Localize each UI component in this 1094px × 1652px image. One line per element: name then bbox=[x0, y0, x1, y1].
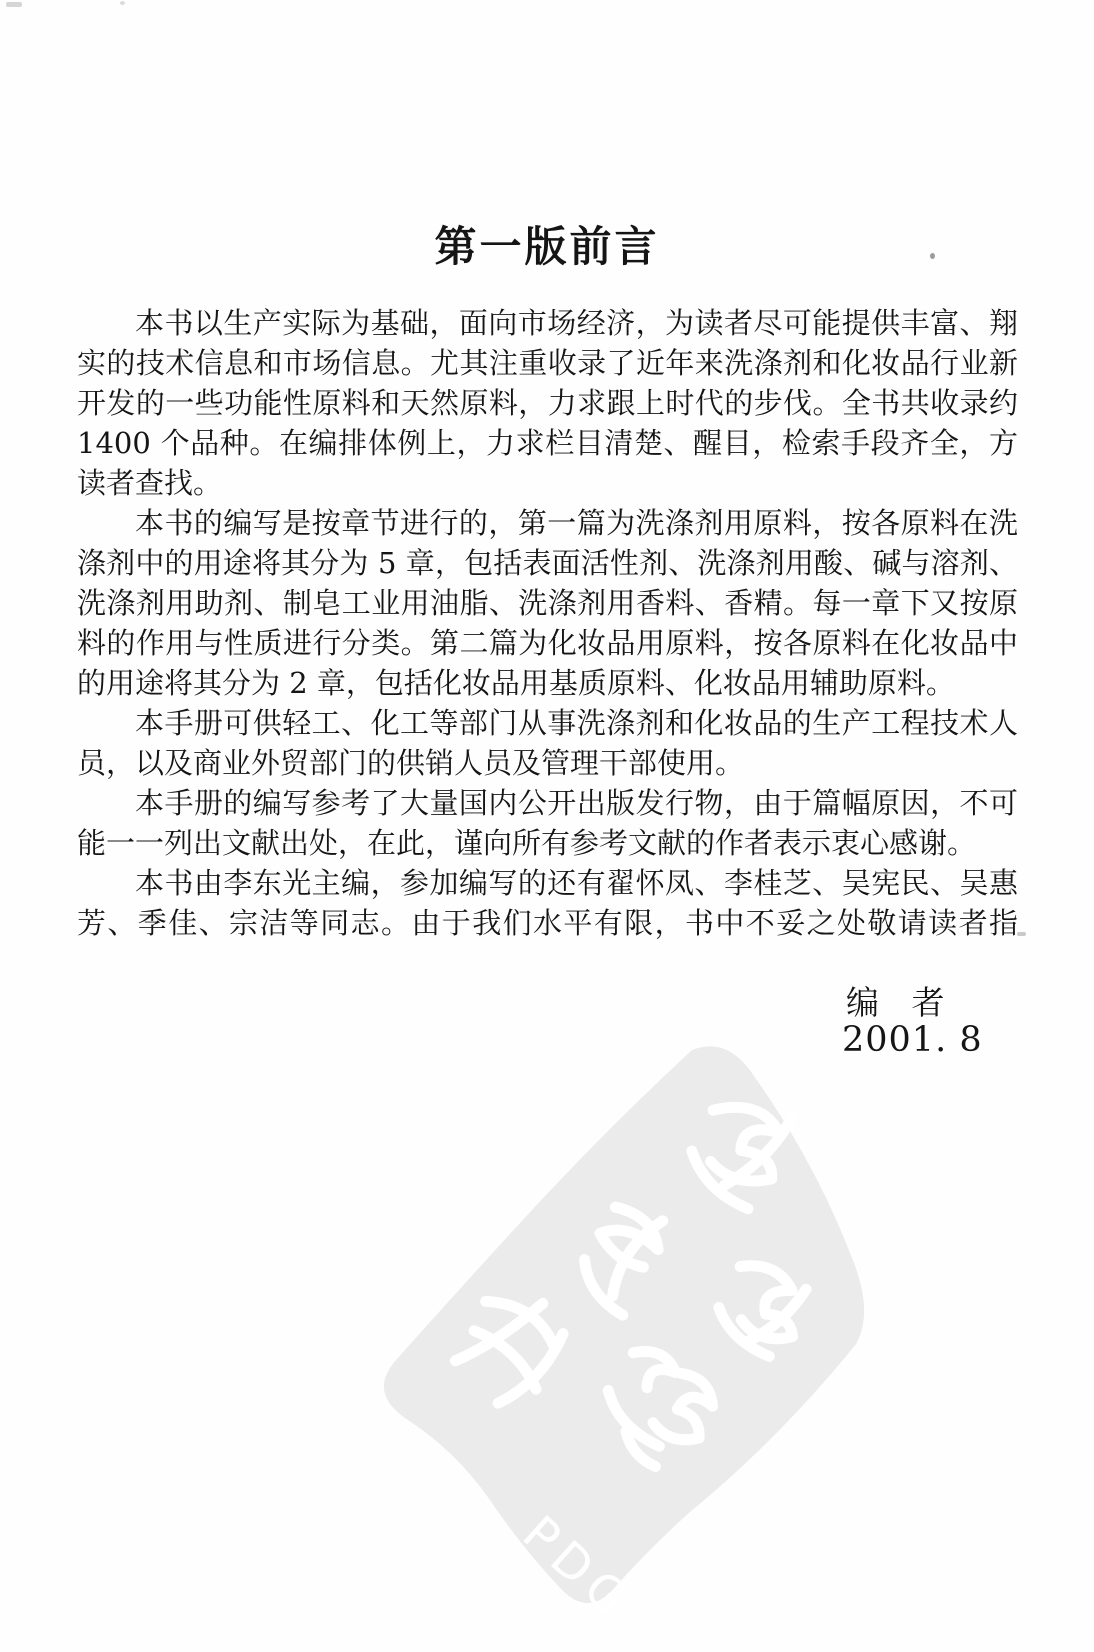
scan-speck bbox=[120, 1, 125, 5]
body-line: 员，以及商业外贸部门的供销人员及管理干部使用。 bbox=[77, 743, 1018, 783]
body-line: 料的作用与性质进行分类。第二篇为化妆品用原料，按各原料在化妆品中 bbox=[77, 623, 1018, 663]
scan-speck bbox=[6, 2, 22, 7]
body-line: 本书以生产实际为基础，面向市场经济，为读者尽可能提供丰富、翔 bbox=[77, 303, 1018, 343]
page-title: 第一版前言 bbox=[0, 214, 1094, 274]
body-line: 本手册的编写参考了大量国内公开出版发行物，由于篇幅原因，不可 bbox=[77, 783, 1018, 823]
editor-signature: 编 者 bbox=[846, 977, 945, 1024]
body-line: 实的技术信息和市场信息。尤其注重收录了近年来洗涤剂和化妆品行业新 bbox=[77, 343, 1018, 383]
body-line: 能一一列出文献出处，在此，谨向所有参考文献的作者表示衷心感谢。 bbox=[77, 823, 1018, 863]
preface-body: 本书以生产实际为基础，面向市场经济，为读者尽可能提供丰富、翔 实的技术信息和市场… bbox=[77, 303, 1018, 943]
body-line: 的用途将其分为 2 章，包括化妆品用基质原料、化妆品用辅助原料。 bbox=[77, 663, 1018, 703]
body-line: 本手册可供轻工、化工等部门从事洗涤剂和化妆品的生产工程技术人 bbox=[77, 703, 1018, 743]
body-line: 开发的一些功能性原料和天然原料，力求跟上时代的步伐。全书共收录约 bbox=[77, 383, 1018, 423]
body-line: 涤剂中的用途将其分为 5 章，包括表面活性剂、洗涤剂用酸、碱与溶剂、 bbox=[77, 543, 1018, 583]
scanned-book-page: 第一版前言 本书以生产实际为基础，面向市场经济，为读者尽可能提供丰富、翔 实的技… bbox=[0, 0, 1094, 1652]
scan-speck bbox=[930, 253, 935, 259]
body-line: 芳、季佳、宗洁等同志。由于我们水平有限，书中不妥之处敬请读者指正。 bbox=[77, 903, 1018, 943]
body-line: 本书由李东光主编，参加编写的还有翟怀凤、李桂芝、吴宪民、吴惠 bbox=[77, 863, 1018, 903]
pdg-watermark: PDG bbox=[360, 1030, 880, 1630]
body-line: 本书的编写是按章节进行的，第一篇为洗涤剂用原料，按各原料在洗 bbox=[77, 503, 1018, 543]
body-line: 洗涤剂用助剂、制皂工业用油脂、洗涤剂用香料、香精。每一章下又按原 bbox=[77, 583, 1018, 623]
body-line: 1400 个品种。在编排体例上，力求栏目清楚、醒目，检索手段齐全，方便 bbox=[77, 423, 1018, 463]
scan-speck bbox=[1017, 932, 1026, 936]
publication-date: 2001. 8 bbox=[842, 1020, 983, 1060]
body-line: 读者查找。 bbox=[77, 463, 1018, 503]
